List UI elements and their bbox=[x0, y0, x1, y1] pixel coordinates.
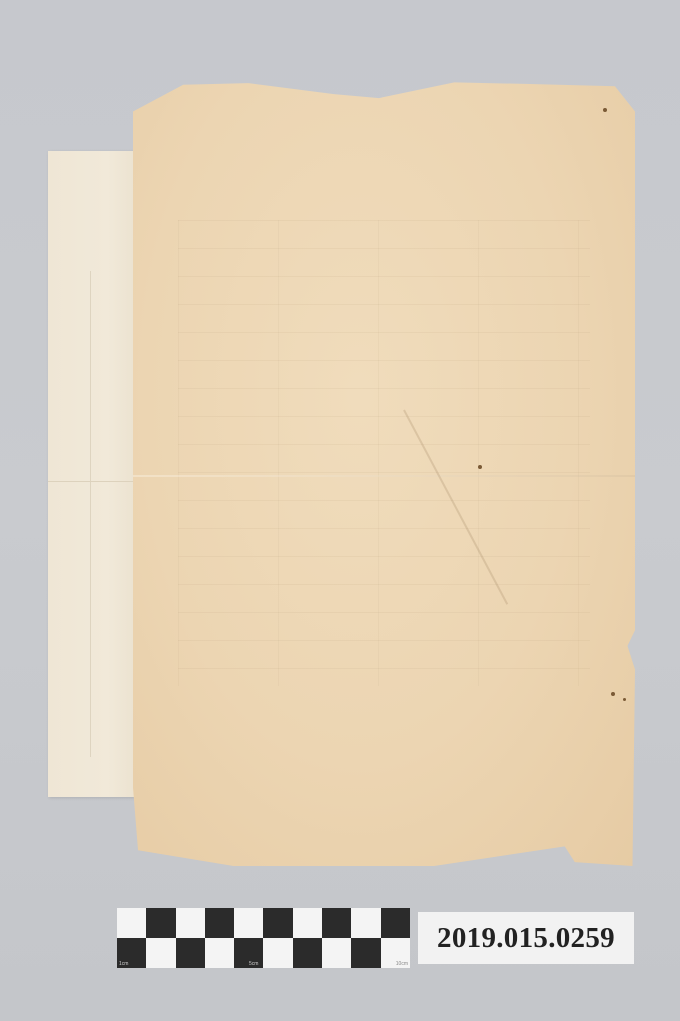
ruler-label-5cm: 5cm bbox=[249, 961, 258, 967]
horizontal-fold bbox=[133, 475, 635, 477]
faint-table-grid bbox=[178, 220, 590, 686]
ruler-row-bottom bbox=[117, 938, 410, 968]
stain-spot bbox=[611, 692, 615, 696]
stain-spot bbox=[478, 465, 482, 469]
ruler-label-1cm: 1cm bbox=[119, 961, 128, 967]
ruled-line bbox=[90, 271, 91, 757]
accession-number-label: 2019.015.0259 bbox=[418, 912, 634, 964]
stain-spot bbox=[603, 108, 607, 112]
ruler-label-10cm: 10cm bbox=[396, 961, 408, 967]
ruler-row-top bbox=[117, 908, 410, 938]
stain-spot bbox=[623, 698, 626, 701]
aged-document-sheet bbox=[133, 80, 635, 866]
scale-ruler: 1cm 5cm 10cm bbox=[117, 908, 410, 968]
